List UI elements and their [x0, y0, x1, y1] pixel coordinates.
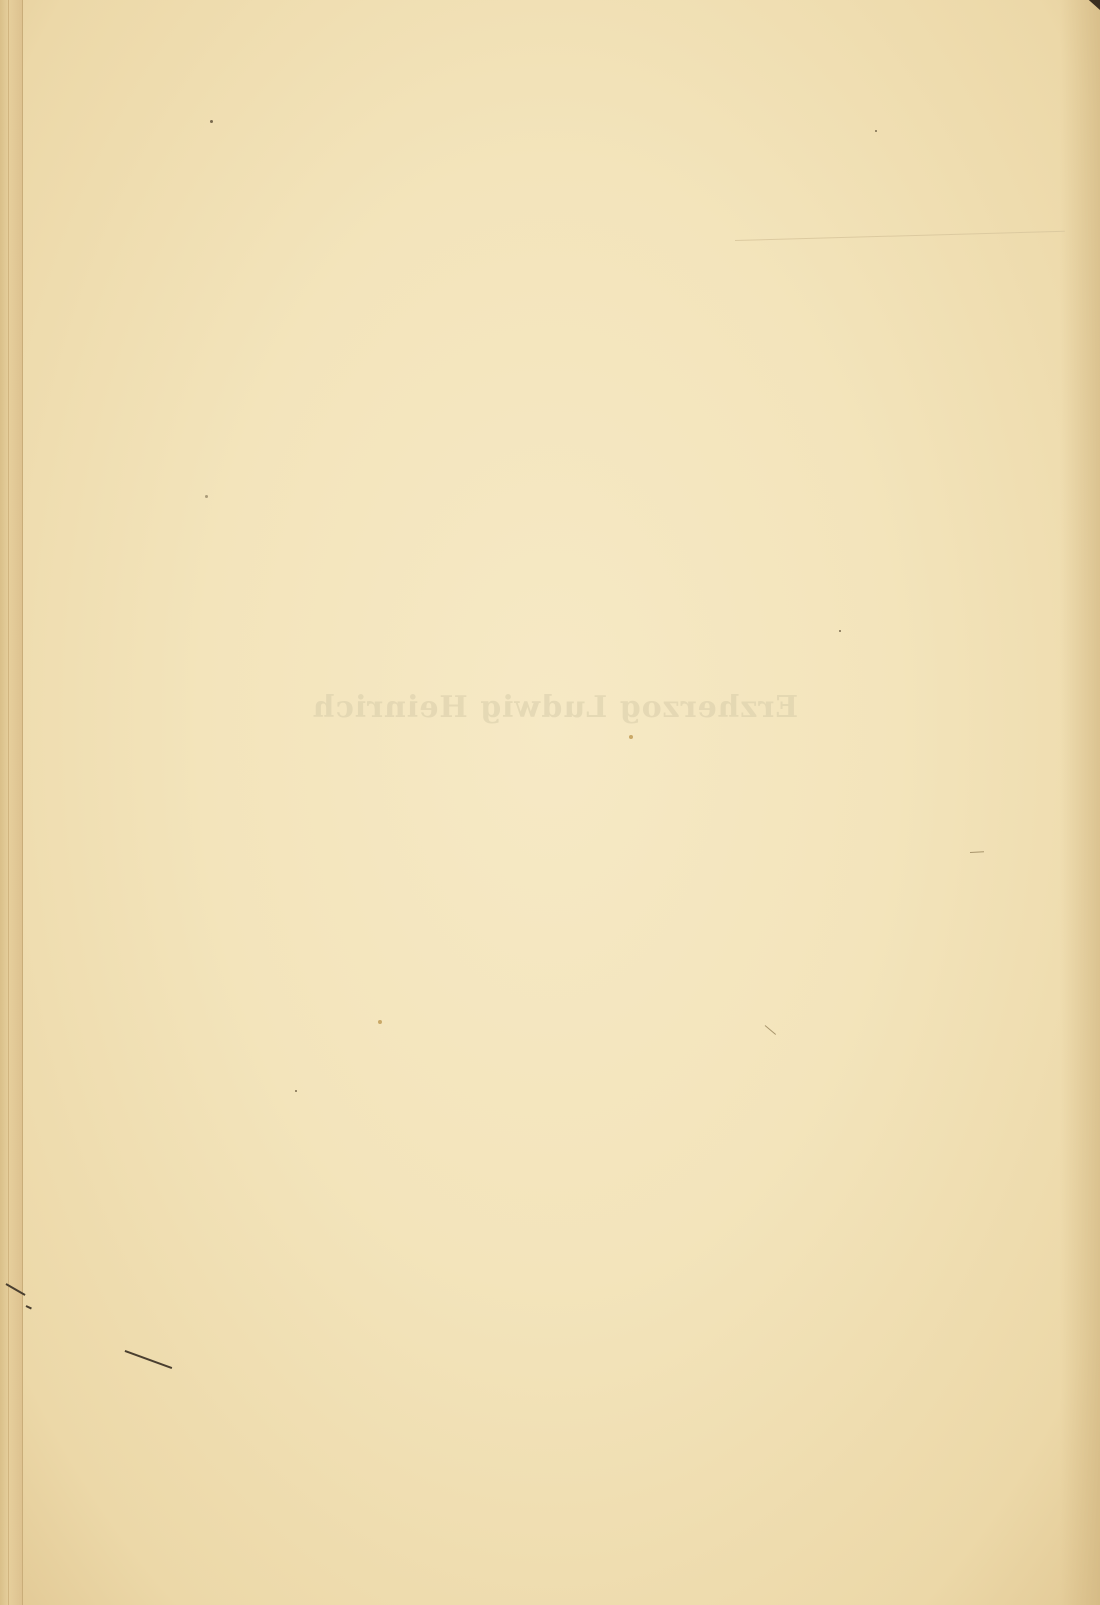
speck	[205, 495, 208, 498]
binding-line	[8, 0, 9, 1605]
scanned-page: Erzherzog Ludwig Heinrich	[0, 0, 1100, 1605]
right-edge-shadow	[1060, 0, 1100, 1605]
scratch-mark	[970, 851, 984, 853]
scratch-mark	[26, 1305, 32, 1309]
show-through-text: Erzherzog Ludwig Heinrich	[275, 690, 835, 725]
paper-fiber-line	[735, 231, 1065, 241]
speck	[839, 630, 841, 632]
speck	[295, 1090, 297, 1092]
binding-edge	[0, 0, 23, 1605]
speck	[378, 1020, 382, 1024]
scratch-mark	[765, 1025, 776, 1035]
speck	[875, 130, 877, 132]
speck	[629, 735, 633, 739]
speck	[210, 120, 213, 123]
scratch-mark	[125, 1350, 172, 1369]
